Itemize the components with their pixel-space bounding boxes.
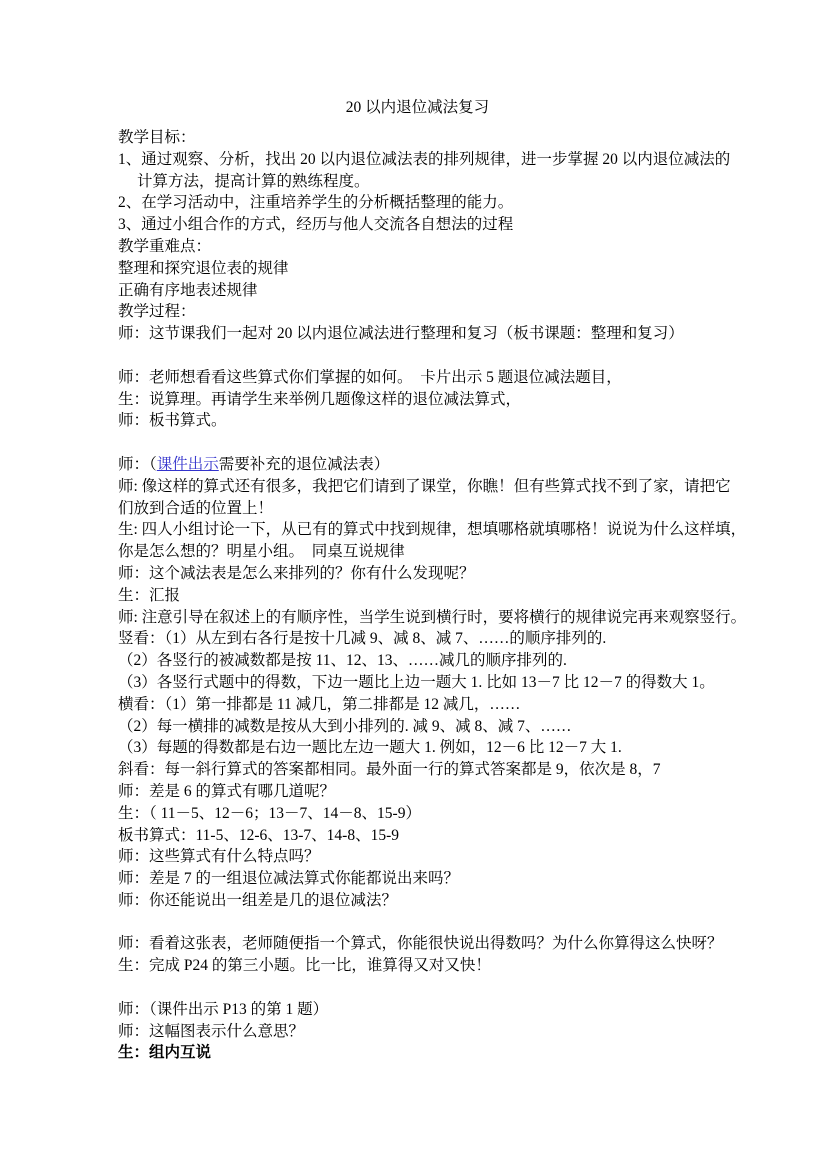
text-line: 师：看着这张表，老师随便指一个算式，你能很快说出得数吗？为什么你算得这么快呀？: [118, 933, 717, 955]
text-segment: 需要补充的退位减法表）: [219, 456, 390, 473]
text-line: 竖看：（1）从左到右各行是按十几减 9、减 8、减 7、……的顺序排列的.: [118, 628, 717, 650]
text-line: 教学过程：: [118, 301, 717, 323]
text-line: 3、通过小组合作的方式，经历与他人交流各自想法的过程: [118, 214, 717, 236]
text-line: 师: 像这样的算式还有很多，我把它们请到了课堂，你瞧！但有些算式找不到了家，请把…: [118, 476, 717, 498]
text-line: （3）每题的得数都是右边一题比左边一题大 1. 例如，12－6 比 12－7 大…: [118, 737, 717, 759]
text-line: （2）每一横排的减数是按从大到小排列的. 减 9、减 8、减 7、……: [118, 716, 717, 738]
text-line: 生：完成 P24 的第三小题。比一比，谁算得又对又快！: [118, 955, 717, 977]
text-line: 师: 注意引导在叙述上的有顺序性，当学生说到横行时，要将横行的规律说完再来观察竖…: [118, 607, 717, 629]
text-line: 2、在学习活动中，注重培养学生的分析概括整理的能力。: [118, 192, 717, 214]
text-line: 整理和探究退位表的规律: [118, 258, 717, 280]
text-line: 板书算式：11-5、12-6、13-7、14-8、15-9: [118, 825, 717, 847]
text-line: 师：（课件出示 P13 的第 1 题）: [118, 999, 717, 1021]
blank-line: [118, 977, 717, 999]
text-line: 横看：（1）第一排都是 11 减几，第二排都是 12 减几，……: [118, 694, 717, 716]
text-line: 师：这幅图表示什么意思？: [118, 1021, 717, 1043]
text-line: 正确有序地表述规律: [118, 280, 717, 302]
text-line: 教学目标：: [118, 127, 717, 149]
text-line: （2）各竖行的被减数都是按 11、12、13、……减几的顺序排列的.: [118, 650, 717, 672]
text-line: 师：这些算式有什么特点吗？: [118, 846, 717, 868]
blank-line: [118, 345, 717, 367]
courseware-link[interactable]: 课件出示: [157, 456, 219, 473]
text-line: 师：老师想看看这些算式你们掌握的如何。 卡片出示 5 题退位减法题目，: [118, 367, 717, 389]
document-body: 教学目标：1、通过观察、分析，找出 20 以内退位减法表的排列规律，进一步掌握 …: [118, 127, 717, 1064]
text-line: 生：组内互说: [118, 1042, 717, 1064]
text-line: 师：板书算式。: [118, 410, 717, 432]
text-line: （3）各竖行式题中的得数，下边一题比上边一题大 1. 比如 13－7 比 12－…: [118, 672, 717, 694]
text-line: 师：这节课我们一起对 20 以内退位减法进行整理和复习（板书课题：整理和复习）: [118, 323, 717, 345]
document-page: 20 以内退位减法复习 教学目标：1、通过观察、分析，找出 20 以内退位减法表…: [0, 0, 827, 1169]
text-line: 师：差是 6 的算式有哪几道呢？: [118, 781, 717, 803]
text-line: 生：（ 11－5、12－6；13－7、14－8、15-9）: [118, 803, 717, 825]
blank-line: [118, 912, 717, 934]
text-line: 你是怎么想的？明星小组。 同桌互说规律: [118, 541, 717, 563]
blank-line: [118, 432, 717, 454]
text-line: 生：汇报: [118, 585, 717, 607]
text-line: 师：这个减法表是怎么来排列的？你有什么发现呢？: [118, 563, 717, 585]
text-line: 师：你还能说出一组差是几的退位减法？: [118, 890, 717, 912]
text-line: 计算方法，提高计算的熟练程度。: [118, 171, 717, 193]
text-line: 生: 四人小组讨论一下，从已有的算式中找到规律，想填哪格就填哪格！说说为什么这样…: [118, 519, 717, 541]
text-line: 斜看：每一斜行算式的答案都相同。最外面一行的算式答案都是 9，依次是 8，7: [118, 759, 717, 781]
text-line: 生：说算理。再请学生来举例几题像这样的退位减法算式，: [118, 389, 717, 411]
document-title: 20 以内退位减法复习: [118, 97, 717, 127]
text-line: 教学重难点：: [118, 236, 717, 258]
text-segment: 师：（: [118, 456, 157, 473]
text-line: 师：（课件出示需要补充的退位减法表）: [118, 454, 717, 476]
text-line: 师：差是 7 的一组退位减法算式你能都说出来吗？: [118, 868, 717, 890]
text-line: 们放到合适的位置上！: [118, 498, 717, 520]
text-line: 1、通过观察、分析，找出 20 以内退位减法表的排列规律，进一步掌握 20 以内…: [118, 149, 717, 171]
